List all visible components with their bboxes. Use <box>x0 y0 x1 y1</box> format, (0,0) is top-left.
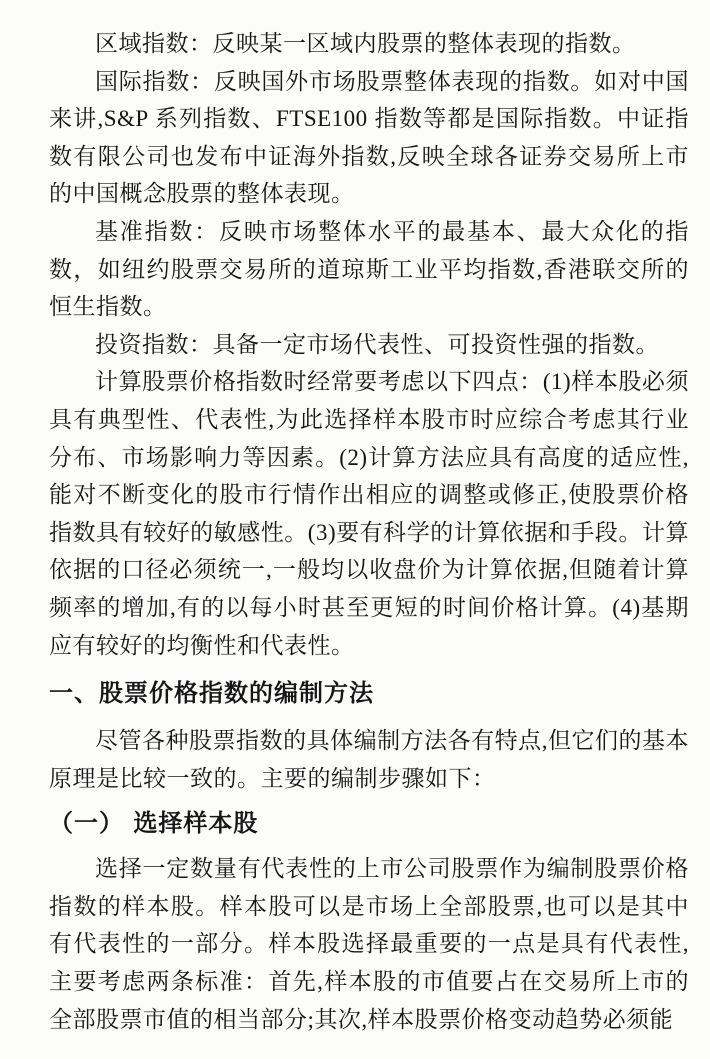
heading-index-compilation-methods: 一、股票价格指数的编制方法 <box>49 675 689 712</box>
paragraph-calculation-considerations: 计算股票价格指数时经常要考虑以下四点：(1)样本股必须具有典型性、代表性,为此选… <box>49 363 689 664</box>
heading-select-sample-stocks: （一） 选择样本股 <box>49 805 689 842</box>
paragraph-basic-principles: 尽管各种股票指数的具体编制方法各有特点,但它们的基本原理是比较一致的。主要的编制… <box>49 722 689 797</box>
paragraph-international-index: 国际指数：反映国外市场股票整体表现的指数。如对中国来讲,S&P 系列指数、FTS… <box>49 63 689 213</box>
paragraph-investment-index: 投资指数：具备一定市场代表性、可投资性强的指数。 <box>49 326 689 364</box>
document-page: 区域指数：反映某一区域内股票的整体表现的指数。 国际指数：反映国外市场股票整体表… <box>0 0 710 1059</box>
paragraph-benchmark-index: 基准指数：反映市场整体水平的最基本、最大众化的指数，如纽约股票交易所的道琼斯工业… <box>49 213 689 326</box>
paragraph-regional-index: 区域指数：反映某一区域内股票的整体表现的指数。 <box>49 25 689 63</box>
paragraph-sample-stock-selection: 选择一定数量有代表性的上市公司股票作为编制股票价格指数的样本股。样本股可以是市场… <box>49 850 689 1038</box>
